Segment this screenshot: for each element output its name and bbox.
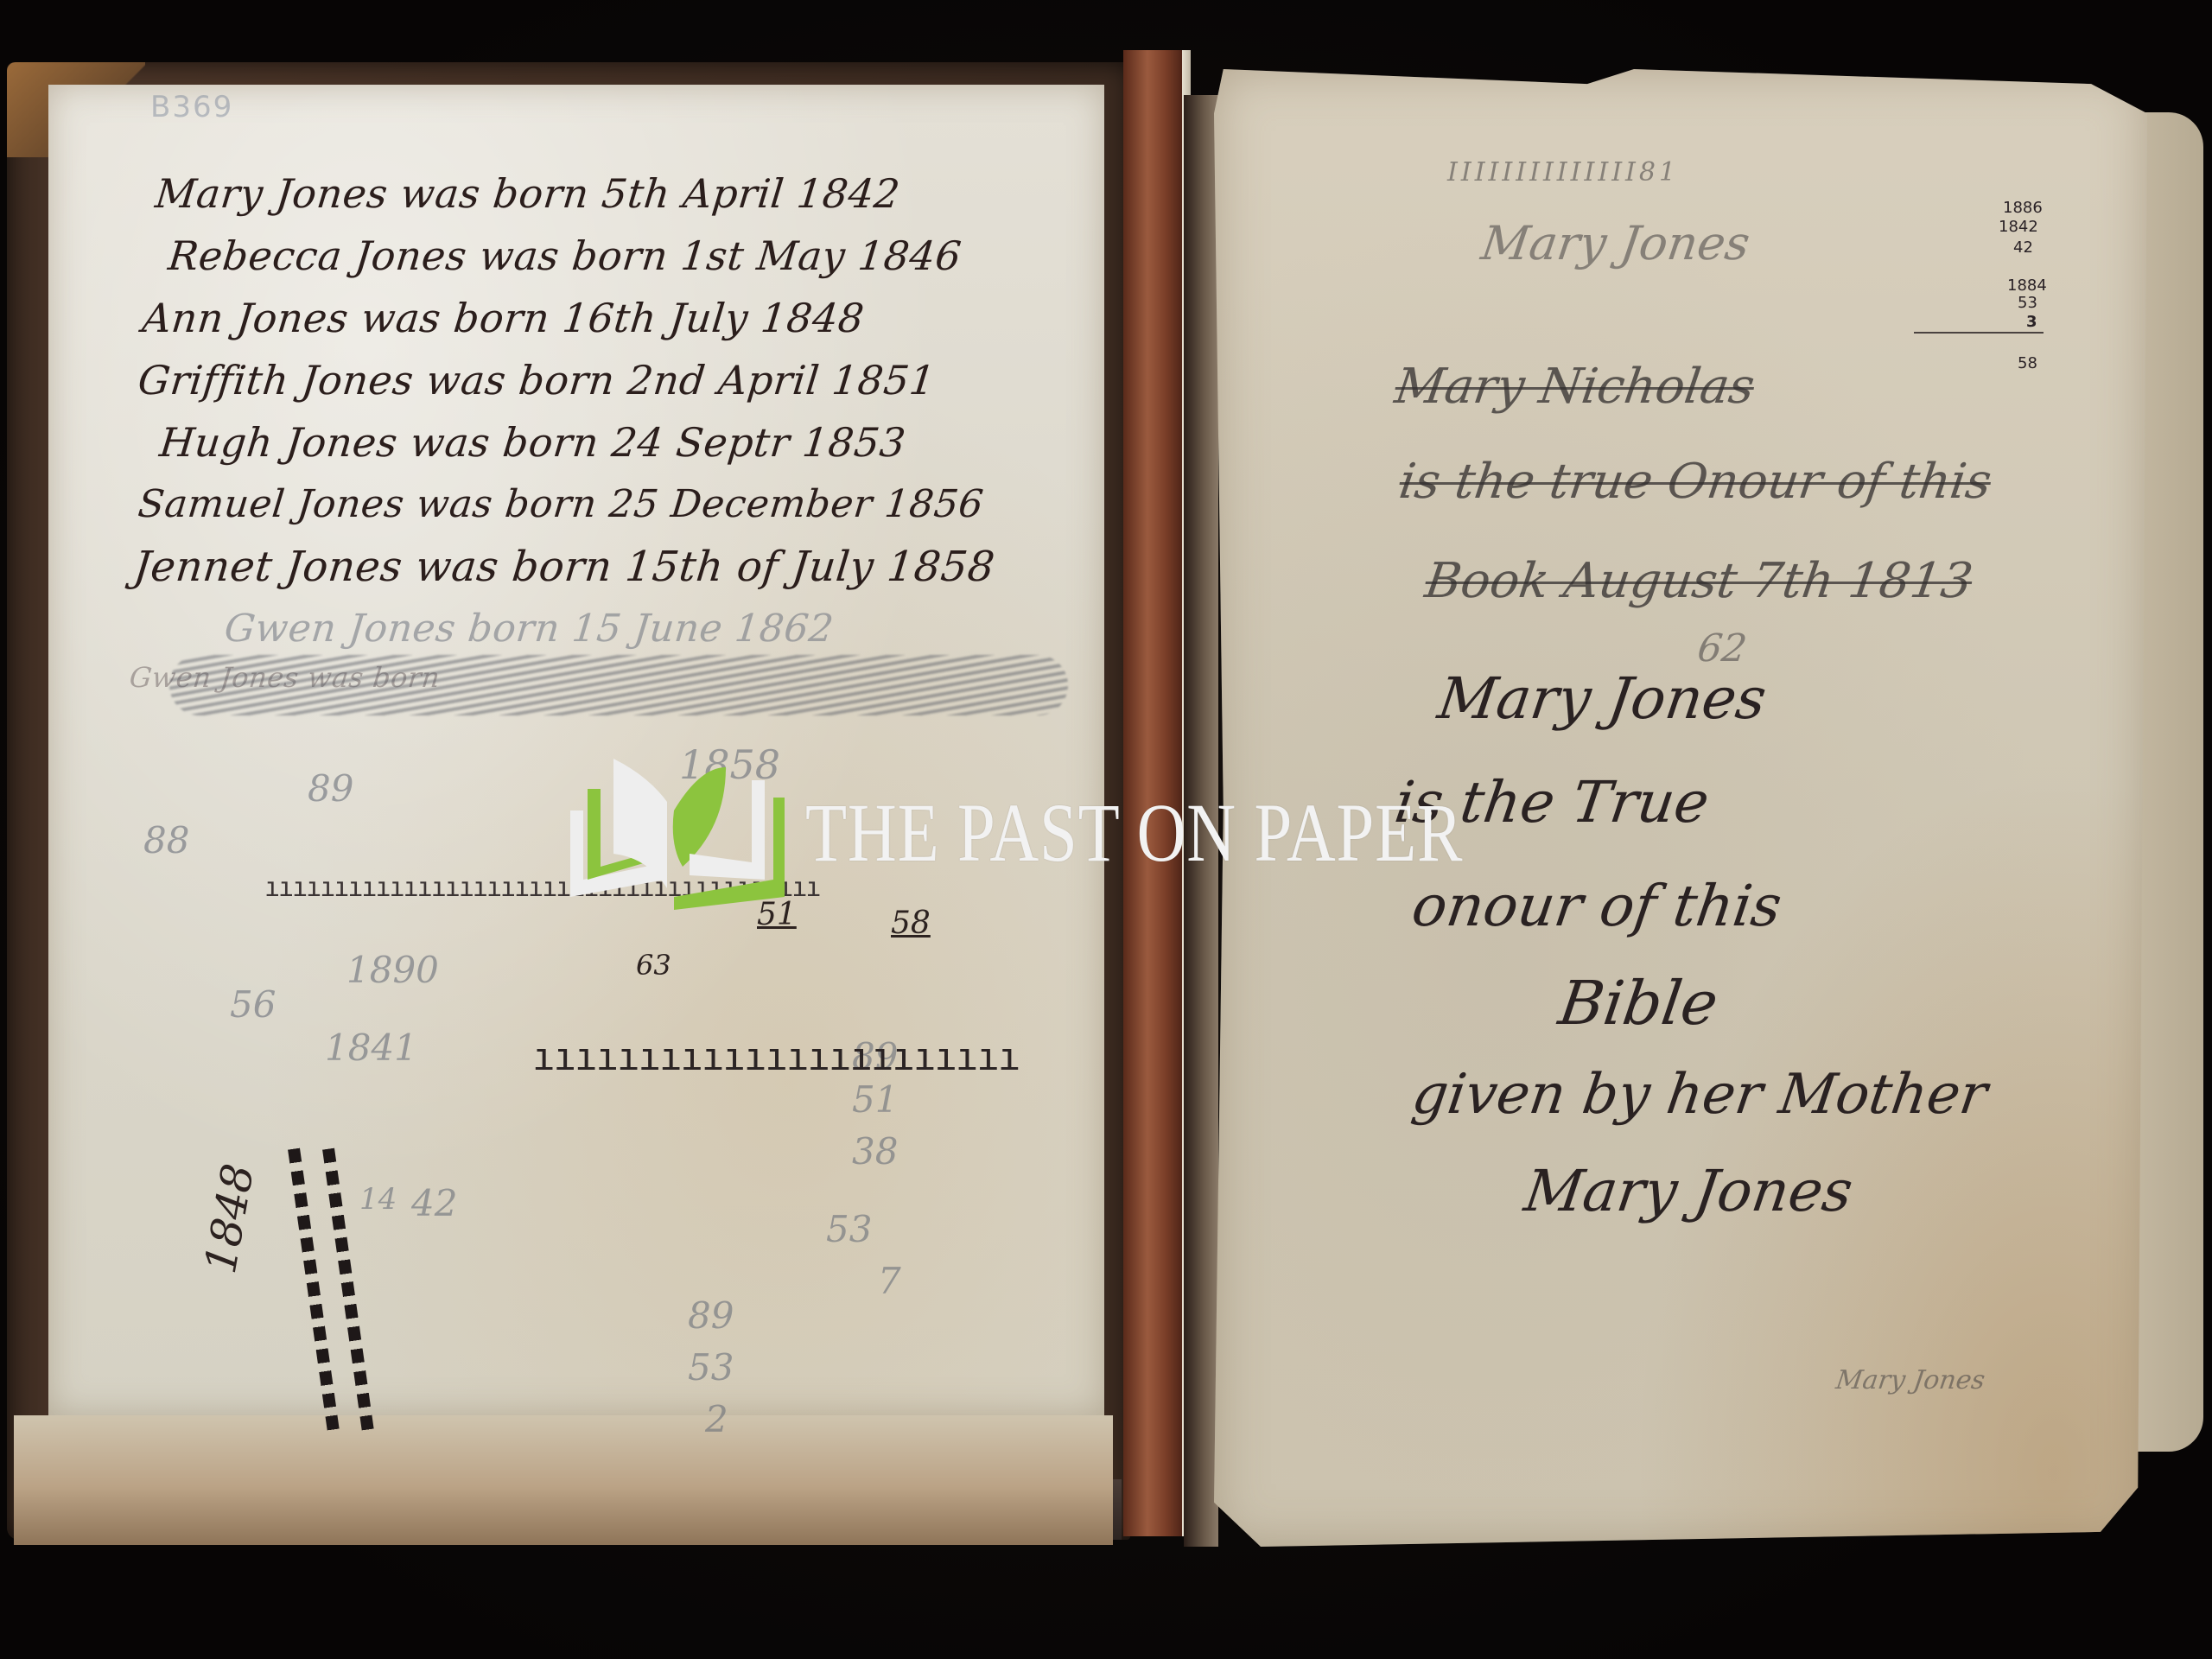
pencil-number: 53 bbox=[826, 1208, 872, 1250]
pencil-number: 14 bbox=[359, 1182, 397, 1217]
calc-number: 58 bbox=[2018, 354, 2037, 372]
pencil-number: 89 bbox=[688, 1294, 734, 1337]
scribble-note: Mary Jones bbox=[1834, 1365, 1987, 1395]
pencil-number: 56 bbox=[230, 983, 276, 1026]
inscription-line: Mary Jones bbox=[1478, 216, 1753, 270]
calc-rule bbox=[1914, 332, 2044, 334]
calc-number: 42 bbox=[2013, 238, 2033, 257]
pencil-number: 51 bbox=[852, 1078, 898, 1121]
inscription-line: Bible bbox=[1554, 968, 1722, 1039]
pencil-number: 42 bbox=[411, 1182, 457, 1224]
inscription-line-struck: Book August 7th 1813 bbox=[1421, 553, 1975, 609]
pencil-number: 62 bbox=[1694, 626, 1749, 671]
pencil-number: 7 bbox=[878, 1260, 901, 1302]
ink-vertical-year: 1848 bbox=[195, 1160, 264, 1277]
calc-number: 1842 bbox=[1999, 218, 2038, 236]
open-book-leaf-icon bbox=[553, 750, 786, 914]
pencil-number: 2 bbox=[705, 1398, 728, 1440]
calc-number: 3 bbox=[2026, 313, 2037, 331]
inscription-line: given by her Mother bbox=[1408, 1063, 1991, 1127]
watermark: THE PAST ON PAPER bbox=[553, 750, 1607, 914]
pencil-number: 1890 bbox=[346, 949, 439, 991]
inscription-line: Mary Jones bbox=[1521, 1158, 1857, 1224]
calc-number: 1884 bbox=[2007, 276, 2047, 295]
pencil-number: 89 bbox=[308, 767, 353, 810]
watermark-text: THE PAST ON PAPER bbox=[805, 785, 1463, 880]
ink-number: 63 bbox=[636, 949, 671, 982]
inscription-line-struck: is the true Onour of this bbox=[1395, 454, 1994, 510]
pencil-number: 1841 bbox=[325, 1027, 417, 1069]
pencil-tally: IIIIIIIIIIIIII81 bbox=[1447, 157, 1679, 188]
inscription-line: Mary Jones bbox=[1434, 665, 1770, 732]
calc-number: 53 bbox=[2018, 294, 2037, 312]
pencil-number: 88 bbox=[143, 819, 189, 861]
leather-turn-in bbox=[14, 1415, 1113, 1545]
inscription-line-struck: Mary Nicholas bbox=[1391, 359, 1758, 415]
calc-number: 1886 bbox=[2003, 199, 2043, 217]
pencil-number: 53 bbox=[688, 1346, 734, 1389]
photograph: B369 Mary Jones was born 5th April 1842 … bbox=[0, 0, 2212, 1659]
pencil-number: 38 bbox=[852, 1130, 898, 1173]
ink-tally-row: ııııııııııııııııııııııı bbox=[532, 1035, 1019, 1079]
